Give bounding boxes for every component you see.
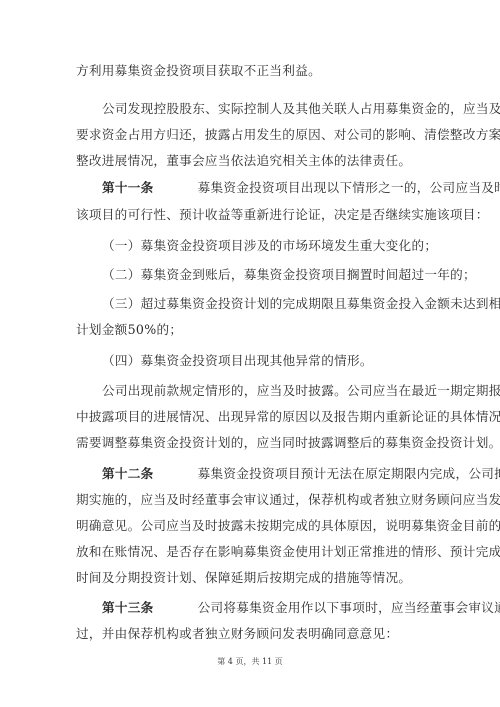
list-item: （四）募集资金投资项目出现其他异常的情形。 xyxy=(102,353,373,369)
paragraph-line: 要求资金占用方归还，披露占用发生的原因、对公司的影响、清偿整改方案及 xyxy=(76,127,500,143)
paragraph-line: 过，并由保荐机构或者独立财务顾问发表明确同意意见： xyxy=(76,626,398,642)
article-number: 第十一条 xyxy=(102,180,154,195)
article-number: 第十二条 xyxy=(102,466,154,481)
paragraph-line: 需要调整募集资金投资计划的，应当同时披露调整后的募集资金投资计划。 xyxy=(76,435,500,451)
article-heading-line: 第十一条募集资金投资项目出现以下情形之一的，公司应当及时对 xyxy=(102,180,500,196)
paragraph-line: 公司出现前款规定情形的，应当及时披露。公司应当在最近一期定期报告 xyxy=(102,383,500,399)
paragraph-line: 中披露项目的进展情况、出现异常的原因以及报告期内重新论证的具体情况， xyxy=(76,409,500,425)
article-heading-line: 第十三条公司将募集资金用作以下事项时，应当经董事会审议通 xyxy=(102,600,500,616)
list-item: （二）募集资金到账后，募集资金投资项目搁置时间超过一年的； xyxy=(102,267,476,283)
paragraph-line: 时间及分期投资计划、保障延期后按期完成的措施等情况。 xyxy=(76,570,411,586)
list-item: （三）超过募集资金投资计划的完成期限且募集资金投入金额未达到相关 xyxy=(102,296,500,312)
paragraph-line: 期实施的，应当及时经董事会审议通过，保荐机构或者独立财务顾问应当发表 xyxy=(76,492,500,508)
paragraph-line: 该项目的可行性、预计收益等重新进行论证，决定是否继续实施该项目： xyxy=(76,207,489,223)
paragraph-line: 整改进展情况，董事会应当依法追究相关主体的法律责任。 xyxy=(76,153,411,169)
paragraph-text: 公司将募集资金用作以下事项时，应当经董事会审议通 xyxy=(198,600,500,615)
paragraph-text: 募集资金投资项目出现以下情形之一的，公司应当及时对 xyxy=(198,180,500,195)
paragraph-line: 公司发现控股股东、实际控制人及其他关联人占用募集资金的，应当及时 xyxy=(102,101,500,117)
article-heading-line: 第十二条募集资金投资项目预计无法在原定期限内完成，公司拟延 xyxy=(102,466,500,482)
list-item: （一）募集资金投资项目涉及的市场环境发生重大变化的； xyxy=(102,238,437,254)
paragraph-line: 方利用募集资金投资项目获取不正当利益。 xyxy=(76,63,321,79)
list-item: 计划金额50%的； xyxy=(76,322,182,338)
paragraph-text: 募集资金投资项目预计无法在原定期限内完成，公司拟延 xyxy=(198,466,500,481)
article-number: 第十三条 xyxy=(102,600,154,615)
paragraph-line: 明确意见。公司应当及时披露未按期完成的具体原因，说明募集资金目前的存 xyxy=(76,518,500,534)
page-number: 第 4 页，共 11 页 xyxy=(0,656,500,667)
paragraph-line: 放和在账情况、是否存在影响募集资金使用计划正常推进的情形、预计完成的 xyxy=(76,544,500,560)
